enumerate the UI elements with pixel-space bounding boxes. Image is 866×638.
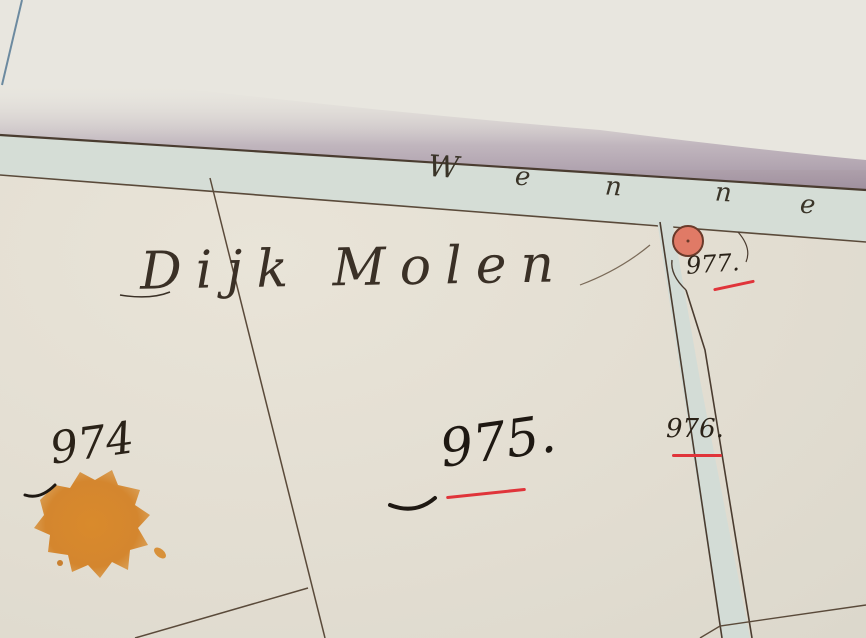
cadastral-map: W e n n e Dijk Molen 974 975. 976. 977. xyxy=(0,0,866,638)
road-name-letter: n xyxy=(714,177,733,208)
road-name-letter: e xyxy=(799,189,816,220)
parcel-number-977: 977. xyxy=(685,248,740,280)
road-name-letter: e xyxy=(514,161,531,192)
parcel-976-underline xyxy=(672,454,722,457)
parcel-number-976: 976. xyxy=(666,414,724,444)
road-name-letter: n xyxy=(604,171,623,202)
place-label-dijk-molen: Dijk Molen xyxy=(140,234,569,301)
map-linework xyxy=(0,0,866,638)
road-name-letter: W xyxy=(427,149,460,186)
